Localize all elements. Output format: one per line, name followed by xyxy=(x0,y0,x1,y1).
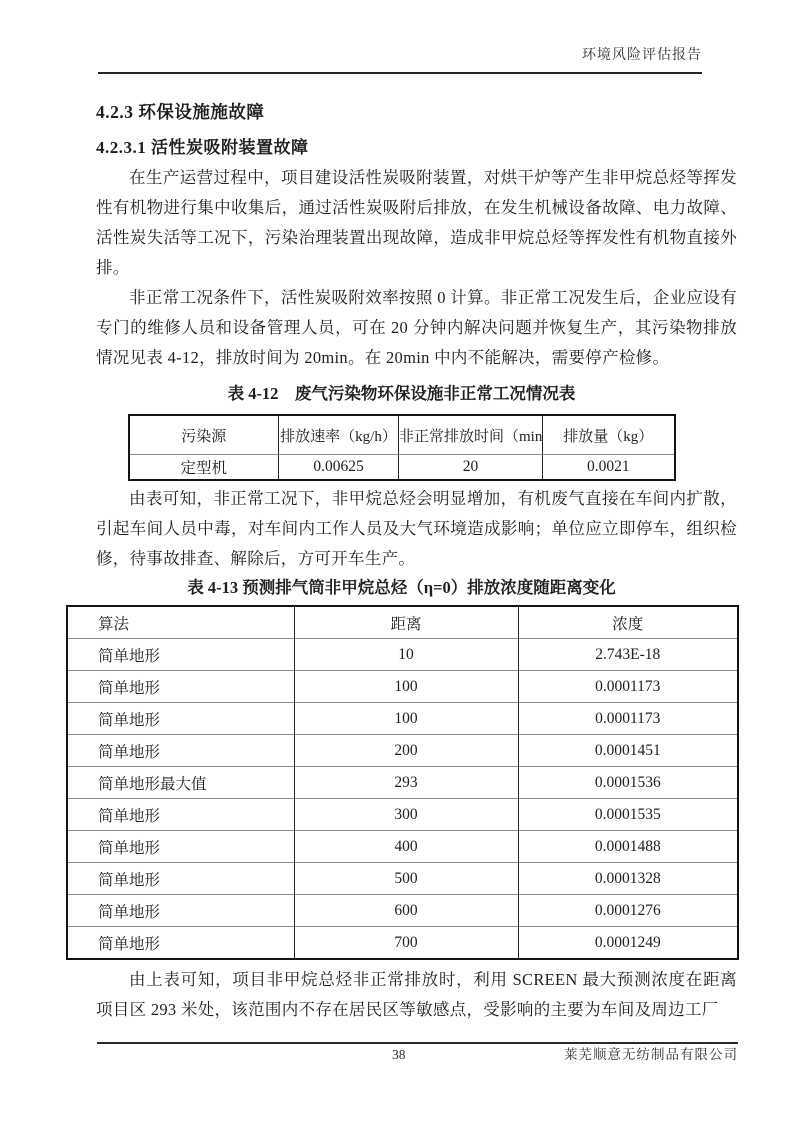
table-cell-distance: 700 xyxy=(294,927,518,960)
column-header-algorithm: 算法 xyxy=(67,606,294,639)
table-cell-distance: 600 xyxy=(294,895,518,927)
column-header-concentration: 浓度 xyxy=(518,606,738,639)
paragraph-1: 在生产运营过程中，项目建设活性炭吸附装置，对烘干炉等产生非甲烷总烃等挥发性有机物… xyxy=(96,163,737,283)
column-header-abnormal-time: 非正常排放时间（min） xyxy=(399,415,543,455)
page-footer: 38 莱芜顺意无纺制品有限公司 xyxy=(97,1042,738,1063)
table-row: 简单地形 200 0.0001451 xyxy=(67,735,738,767)
table-cell-concentration: 0.0001328 xyxy=(518,863,738,895)
paragraph-2: 非正常工况条件下，活性炭吸附效率按照 0 计算。非正常工况发生后，企业应设有专门… xyxy=(96,283,737,373)
table-header-row: 算法 距离 浓度 xyxy=(67,606,738,639)
header-title: 环境风险评估报告 xyxy=(98,47,702,65)
page-header: 环境风险评估报告 xyxy=(98,47,702,74)
table-cell-algorithm: 简单地形 xyxy=(67,895,294,927)
paragraph-3: 由表可知，非正常工况下，非甲烷总烃会明显增加，有机废气直接在车间内扩散，引起车间… xyxy=(96,484,737,574)
column-header-emission-amount: 排放量（kg） xyxy=(543,415,675,455)
table-cell-concentration: 0.0001249 xyxy=(518,927,738,960)
table-row: 简单地形 100 0.0001173 xyxy=(67,671,738,703)
table-row: 简单地形 400 0.0001488 xyxy=(67,831,738,863)
table-cell-algorithm: 简单地形 xyxy=(67,639,294,671)
table-header-row: 污染源 排放速率（kg/h） 非正常排放时间（min） 排放量（kg） xyxy=(129,415,675,455)
table-cell-distance: 200 xyxy=(294,735,518,767)
footer-row: 38 莱芜顺意无纺制品有限公司 xyxy=(97,1044,738,1063)
table-cell-distance: 293 xyxy=(294,767,518,799)
table-cell-time: 20 xyxy=(399,455,543,481)
table-cell-concentration: 0.0001488 xyxy=(518,831,738,863)
table-cell-algorithm: 简单地形 xyxy=(67,927,294,960)
document-page: 环境风险评估报告 4.2.3 环保设施施故障 4.2.3.1 活性炭吸附装置故障… xyxy=(0,0,800,1131)
table-cell-distance: 10 xyxy=(294,639,518,671)
table-4-13-caption: 表 4-13 预测排气筒非甲烷总烃（η=0）排放浓度随距离变化 xyxy=(66,576,737,600)
table-cell-algorithm: 简单地形 xyxy=(67,799,294,831)
table-cell-concentration: 0.0001276 xyxy=(518,895,738,927)
footer-company: 莱芜顺意无纺制品有限公司 xyxy=(564,1047,738,1062)
table-cell-concentration: 0.0001451 xyxy=(518,735,738,767)
table-cell-algorithm: 简单地形最大值 xyxy=(67,767,294,799)
section-heading: 4.2.3 环保设施施故障 xyxy=(96,100,737,124)
column-header-pollution-source: 污染源 xyxy=(129,415,279,455)
table-row: 简单地形 100 0.0001173 xyxy=(67,703,738,735)
table-row: 简单地形 10 2.743E-18 xyxy=(67,639,738,671)
table-row: 简单地形 300 0.0001535 xyxy=(67,799,738,831)
table-row: 简单地形最大值 293 0.0001536 xyxy=(67,767,738,799)
table-cell-amount: 0.0021 xyxy=(543,455,675,481)
table-row: 定型机 0.00625 20 0.0021 xyxy=(129,455,675,481)
column-header-distance: 距离 xyxy=(294,606,518,639)
table-cell-distance: 100 xyxy=(294,703,518,735)
table-cell-concentration: 0.0001173 xyxy=(518,671,738,703)
table-cell-rate: 0.00625 xyxy=(279,455,399,481)
paragraph-4: 由上表可知，项目非甲烷总烃非正常排放时，利用 SCREEN 最大预测浓度在距离项… xyxy=(96,965,737,1025)
table-cell-algorithm: 简单地形 xyxy=(67,671,294,703)
table-cell-concentration: 0.0001536 xyxy=(518,767,738,799)
table-cell-distance: 400 xyxy=(294,831,518,863)
table-4-13: 算法 距离 浓度 简单地形 10 2.743E-18 简单地形 100 0.00… xyxy=(66,605,739,960)
table-cell-algorithm: 简单地形 xyxy=(67,703,294,735)
table-cell-distance: 300 xyxy=(294,799,518,831)
page-number: 38 xyxy=(392,1046,406,1063)
table-cell-distance: 500 xyxy=(294,863,518,895)
table-row: 简单地形 500 0.0001328 xyxy=(67,863,738,895)
table-cell-algorithm: 简单地形 xyxy=(67,735,294,767)
table-cell-source: 定型机 xyxy=(129,455,279,481)
subsection-heading: 4.2.3.1 活性炭吸附装置故障 xyxy=(96,136,737,160)
table-row: 简单地形 700 0.0001249 xyxy=(67,927,738,960)
table-cell-distance: 100 xyxy=(294,671,518,703)
table-row: 简单地形 600 0.0001276 xyxy=(67,895,738,927)
table-cell-algorithm: 简单地形 xyxy=(67,831,294,863)
table-cell-concentration: 0.0001535 xyxy=(518,799,738,831)
table-cell-algorithm: 简单地形 xyxy=(67,863,294,895)
table-cell-concentration: 0.0001173 xyxy=(518,703,738,735)
table-4-12: 污染源 排放速率（kg/h） 非正常排放时间（min） 排放量（kg） 定型机 … xyxy=(128,414,676,481)
table-cell-concentration: 2.743E-18 xyxy=(518,639,738,671)
table-4-12-caption: 表 4-12 废气污染物环保设施非正常工况情况表 xyxy=(66,382,737,406)
column-header-emission-rate: 排放速率（kg/h） xyxy=(279,415,399,455)
